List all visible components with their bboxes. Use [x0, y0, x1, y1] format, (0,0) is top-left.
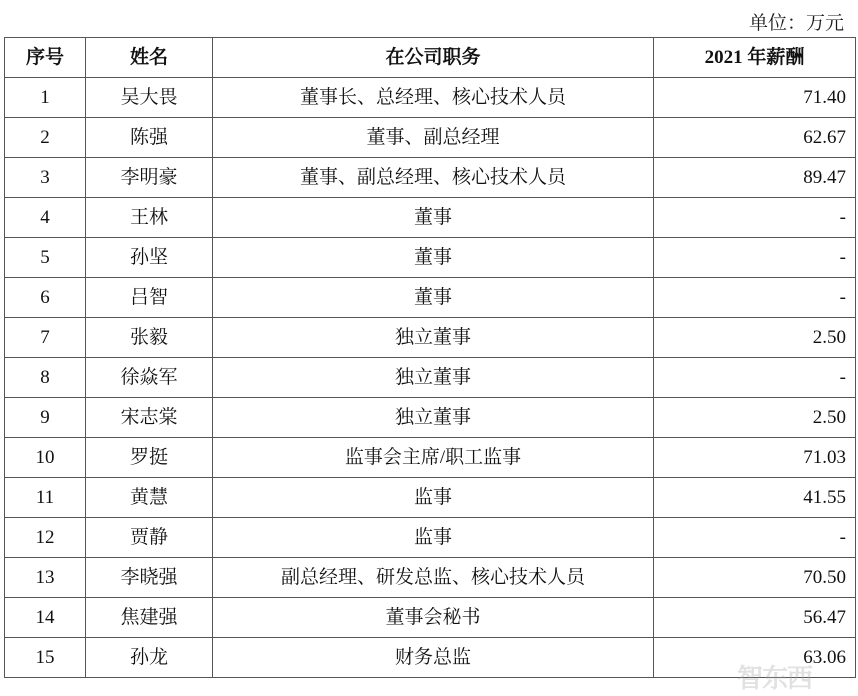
- row-pay: 89.47: [654, 158, 856, 198]
- row-index: 7: [5, 318, 86, 358]
- row-role: 监事会主席/职工监事: [213, 438, 654, 478]
- row-pay: 2.50: [654, 398, 856, 438]
- row-role: 董事: [213, 238, 654, 278]
- table-row: 3 李明豪 董事、副总经理、核心技术人员 89.47: [5, 158, 856, 198]
- row-role: 董事: [213, 198, 654, 238]
- table-row: 4 王林 董事 -: [5, 198, 856, 238]
- row-role: 监事: [213, 518, 654, 558]
- header-pay: 2021 年薪酬: [654, 38, 856, 78]
- row-index: 13: [5, 558, 86, 598]
- row-role: 独立董事: [213, 318, 654, 358]
- row-role: 监事: [213, 478, 654, 518]
- row-index: 4: [5, 198, 86, 238]
- row-name: 焦建强: [86, 598, 213, 638]
- row-role: 董事、副总经理、核心技术人员: [213, 158, 654, 198]
- header-role: 在公司职务: [213, 38, 654, 78]
- row-name: 李明豪: [86, 158, 213, 198]
- row-pay: -: [654, 278, 856, 318]
- table-row: 6 吕智 董事 -: [5, 278, 856, 318]
- table-row: 2 陈强 董事、副总经理 62.67: [5, 118, 856, 158]
- row-index: 15: [5, 638, 86, 678]
- row-name: 李晓强: [86, 558, 213, 598]
- row-index: 3: [5, 158, 86, 198]
- row-role: 独立董事: [213, 358, 654, 398]
- row-role: 副总经理、研发总监、核心技术人员: [213, 558, 654, 598]
- row-pay: -: [654, 358, 856, 398]
- row-role: 董事: [213, 278, 654, 318]
- row-role: 董事、副总经理: [213, 118, 654, 158]
- row-pay: 70.50: [654, 558, 856, 598]
- row-index: 12: [5, 518, 86, 558]
- row-pay: -: [654, 518, 856, 558]
- row-role: 财务总监: [213, 638, 654, 678]
- row-name: 孙坚: [86, 238, 213, 278]
- table-row: 12 贾静 监事 -: [5, 518, 856, 558]
- row-pay: 71.40: [654, 78, 856, 118]
- table-row: 11 黄慧 监事 41.55: [5, 478, 856, 518]
- table-row: 9 宋志棠 独立董事 2.50: [5, 398, 856, 438]
- row-name: 张毅: [86, 318, 213, 358]
- row-pay: 41.55: [654, 478, 856, 518]
- row-name: 王林: [86, 198, 213, 238]
- table-row: 7 张毅 独立董事 2.50: [5, 318, 856, 358]
- row-name: 徐焱军: [86, 358, 213, 398]
- row-pay: -: [654, 198, 856, 238]
- row-index: 5: [5, 238, 86, 278]
- row-pay: 71.03: [654, 438, 856, 478]
- row-name: 吕智: [86, 278, 213, 318]
- compensation-table: 序号 姓名 在公司职务 2021 年薪酬 1 吴大畏 董事长、总经理、核心技术人…: [4, 37, 856, 678]
- header-index: 序号: [5, 38, 86, 78]
- row-index: 6: [5, 278, 86, 318]
- row-name: 贾静: [86, 518, 213, 558]
- table-row: 10 罗挺 监事会主席/职工监事 71.03: [5, 438, 856, 478]
- row-pay: -: [654, 238, 856, 278]
- row-role: 董事长、总经理、核心技术人员: [213, 78, 654, 118]
- row-index: 8: [5, 358, 86, 398]
- header-name: 姓名: [86, 38, 213, 78]
- table-row: 13 李晓强 副总经理、研发总监、核心技术人员 70.50: [5, 558, 856, 598]
- row-index: 9: [5, 398, 86, 438]
- table-row: 14 焦建强 董事会秘书 56.47: [5, 598, 856, 638]
- header-row: 序号 姓名 在公司职务 2021 年薪酬: [5, 38, 856, 78]
- unit-label: 单位：万元: [749, 8, 844, 35]
- row-role: 独立董事: [213, 398, 654, 438]
- row-name: 吴大畏: [86, 78, 213, 118]
- row-index: 11: [5, 478, 86, 518]
- row-name: 黄慧: [86, 478, 213, 518]
- table-row: 5 孙坚 董事 -: [5, 238, 856, 278]
- row-pay: 56.47: [654, 598, 856, 638]
- row-index: 14: [5, 598, 86, 638]
- row-index: 10: [5, 438, 86, 478]
- table-row: 1 吴大畏 董事长、总经理、核心技术人员 71.40: [5, 78, 856, 118]
- row-name: 陈强: [86, 118, 213, 158]
- row-index: 1: [5, 78, 86, 118]
- row-pay: 62.67: [654, 118, 856, 158]
- table-row: 15 孙龙 财务总监 63.06: [5, 638, 856, 678]
- row-index: 2: [5, 118, 86, 158]
- row-name: 罗挺: [86, 438, 213, 478]
- row-role: 董事会秘书: [213, 598, 654, 638]
- row-pay: 2.50: [654, 318, 856, 358]
- row-name: 孙龙: [86, 638, 213, 678]
- row-name: 宋志棠: [86, 398, 213, 438]
- table-row: 8 徐焱军 独立董事 -: [5, 358, 856, 398]
- row-pay: 63.06: [654, 638, 856, 678]
